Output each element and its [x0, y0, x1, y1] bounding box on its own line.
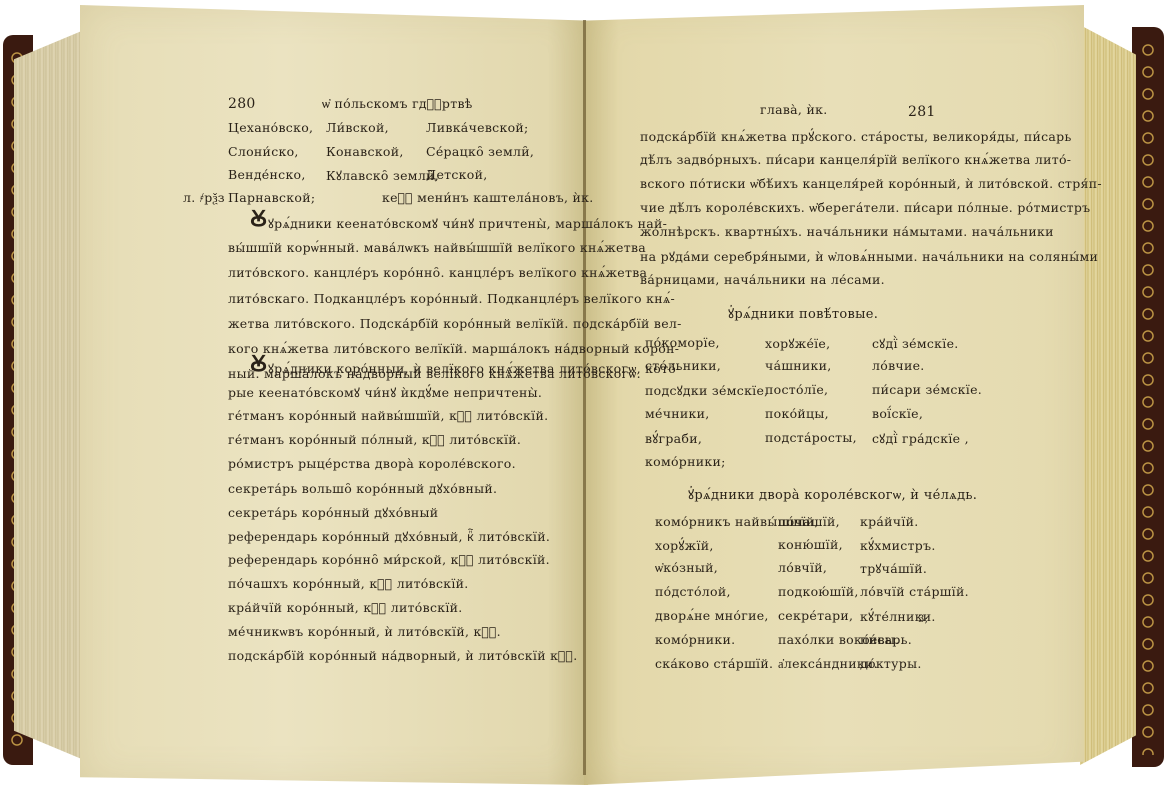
- text-line: рые кеенато́вскомꙋ чи́нꙋ ѝкдꙋ́ме непричт…: [228, 384, 542, 401]
- section-heading: ꙋ҆рѧ́дники повѣ́товые.: [728, 304, 878, 322]
- list-cell: подсꙋдки зе́мскїе,: [645, 382, 768, 399]
- list-cell: ѡ҆ко́зный,: [655, 560, 718, 576]
- text-line: вского по́тиски ѡ҆бѣ́ихъ канцеля́рей кор…: [640, 176, 1102, 192]
- list-cell: дворѧ́не мно́гие,: [655, 608, 769, 624]
- text-line: подска́рбїй кнѧ́жетва прꙋ́ского. ста́рос…: [640, 128, 1072, 145]
- page-edges-left: [14, 30, 84, 760]
- list-cell: подкою́шїй,: [778, 584, 859, 599]
- text-line: кра́йчїй коро́нный, кⷩ҇ лито́вскїй.: [228, 600, 463, 615]
- list-cell: Кꙋлавско̑ земли̑,: [326, 167, 439, 184]
- list-cell: Ливка́чевской;: [426, 120, 529, 135]
- text-line: лито́вского. канцле́ръ коро́нно̑. канцле…: [228, 265, 647, 281]
- list-cell: пи́сарь.: [860, 632, 912, 647]
- left-running-head: ѡ҆ по́льскомъ гдⷭ҇ртвѣ: [322, 96, 473, 112]
- text-line: ва́рницами, нача́льники на ле́сами.: [640, 272, 885, 287]
- list-cell: сꙋдї̀ гра́дскїе ,: [872, 430, 969, 447]
- drop-cap: Ꙋ: [250, 353, 267, 375]
- list-cell: ска́ково ста́ршїй.: [655, 656, 773, 671]
- list-cell: хорꙋ́жїй,: [655, 537, 714, 554]
- list-cell: ло́вчїй,: [778, 560, 827, 575]
- left-page-number: 280: [228, 96, 256, 112]
- list-cell: секре́тари,: [778, 608, 853, 623]
- drop-cap: Ꙋ: [250, 208, 267, 230]
- text-line: чие дѣ́лъ короле́вскихъ. ѡ҆берега́тели. …: [640, 200, 1090, 216]
- text-line: вы́шшїй корѡ́нный. мава́лѡкъ найвы́шшїй …: [228, 240, 646, 256]
- text-line: секрета́рь вольшо̑ коро́нный дꙋхо́вный.: [228, 480, 497, 497]
- list-cell: вої́скїе,: [872, 406, 923, 421]
- text-line: ге́тманъ коро́нный по́лный, кⷩ҇ лито́вск…: [228, 432, 521, 447]
- right-page-number: 281: [908, 104, 936, 120]
- text-line: жо́лнѣрскъ. квартны́хъ. нача́льники на́м…: [640, 224, 1054, 239]
- book-gutter: [583, 20, 586, 775]
- list-cell: Венде́нско,: [228, 167, 306, 182]
- list-cell: поко́йцы,: [765, 406, 829, 421]
- list-cell: ло́вчие.: [872, 358, 925, 373]
- list-cell: по́дсто́лой,: [655, 584, 731, 599]
- text-line: ро́мистръ рыце́рства двора̀ короле́вског…: [228, 456, 516, 471]
- text-line: лито́вскаго. Подканцле́ръ коро́нный. Под…: [228, 291, 675, 307]
- list-cell: Парнавской;: [228, 190, 315, 205]
- list-cell: хорꙋже́їе,: [765, 335, 830, 352]
- list-cell: ло́вчїй ста́ршїй.: [860, 584, 969, 599]
- list-cell: по́чашїй,: [778, 514, 840, 529]
- gilt-tooling-right: [1142, 39, 1154, 755]
- list-cell: Конавской,: [326, 144, 404, 159]
- list-cell: Слони́ско,: [228, 144, 299, 159]
- text-line: референдарь коро́нный дꙋхо́вный, кⷩ҇ лит…: [228, 528, 550, 545]
- text-line: ꙋрѧ́дники коро́нныи, ѝ велїкого кнѧ́жетв…: [268, 360, 681, 377]
- book-cover-right: [1132, 27, 1164, 767]
- list-cell: комо́рники;: [645, 454, 726, 469]
- list-cell: ме́чники,: [645, 406, 710, 421]
- text-line: ме́чникѡвъ коро́нный, ѝ лито́вскїй, кⷩ҇.: [228, 624, 501, 640]
- text-line: кого кнѧ́жетва лито́вского велїкїй. марш…: [228, 341, 679, 357]
- text-line: на рꙋда́ми серебря́ными, ѝ ѡ҆ловѧ́нными.…: [640, 248, 1098, 265]
- list-cell: кра́йчїй.: [860, 514, 919, 529]
- margin-note: л. ҂рѯз: [183, 190, 225, 206]
- list-cell: подста́росты,: [765, 430, 857, 445]
- list-cell: Детской,: [426, 167, 488, 182]
- text-line: жетва лито́вского. Подска́рбїй коро́нный…: [228, 316, 682, 331]
- list-cell: Ли́вской,: [326, 120, 389, 135]
- list-cell: посто́лїе,: [765, 382, 828, 397]
- text-line: референдарь коро́нно̑ ми́рской, кⷩ҇ лито…: [228, 552, 550, 567]
- list-cell: комо́рники.: [655, 632, 735, 647]
- section-heading: ꙋ҆рѧ́дники двора̀ короле́вскогѡ, ѝ че́лѧ…: [688, 485, 977, 503]
- list-cell: коню́шїй,: [778, 537, 843, 552]
- text-line: ге́тманъ коро́нный найвы́шшїй, кⷩ҇ лито́…: [228, 408, 548, 423]
- list-cell: вꙋ́граби,: [645, 430, 702, 447]
- text-line: секрета́рь коро́нный дꙋхо́вный: [228, 504, 438, 521]
- list-cell: до́ктуры.: [860, 656, 922, 671]
- right-running-head: глава̀, ѝк.: [760, 102, 828, 117]
- list-cell: Цехано́вско,: [228, 120, 313, 135]
- list-cell: сто́льники,: [645, 358, 721, 373]
- text-line: ꙋрѧ́дники кеенато́вскомꙋ чи́нꙋ причтены̀…: [268, 215, 667, 232]
- text-line: дѣ́лъ задво́рныхъ. пи́сари канцеля́рїй в…: [640, 152, 1071, 168]
- list-cell: кеⷦ҇ мени́нъ каштела́новъ, ѝк.: [382, 190, 594, 205]
- list-cell: трꙋча́шїй.: [860, 560, 927, 577]
- list-cell: сꙋдї̀ зе́мскїе.: [872, 335, 959, 352]
- text-line: по́чашхъ коро́нный, кⷩ҇ лито́вскїй.: [228, 576, 469, 591]
- text-line: подска́рбїй коро́нный на́дворный, ѝ лито…: [228, 648, 578, 663]
- list-cell: кꙋ́хмистръ.: [860, 537, 936, 554]
- list-cell: пи́сари зе́мскїе.: [872, 382, 982, 397]
- list-cell: по́коморїе,: [645, 335, 720, 350]
- signature-mark: 3;: [918, 614, 928, 625]
- list-cell: Се́рацко̑ земли̑,: [426, 144, 534, 159]
- list-cell: ча́шники,: [765, 358, 832, 373]
- page-edges-right: [1080, 25, 1136, 765]
